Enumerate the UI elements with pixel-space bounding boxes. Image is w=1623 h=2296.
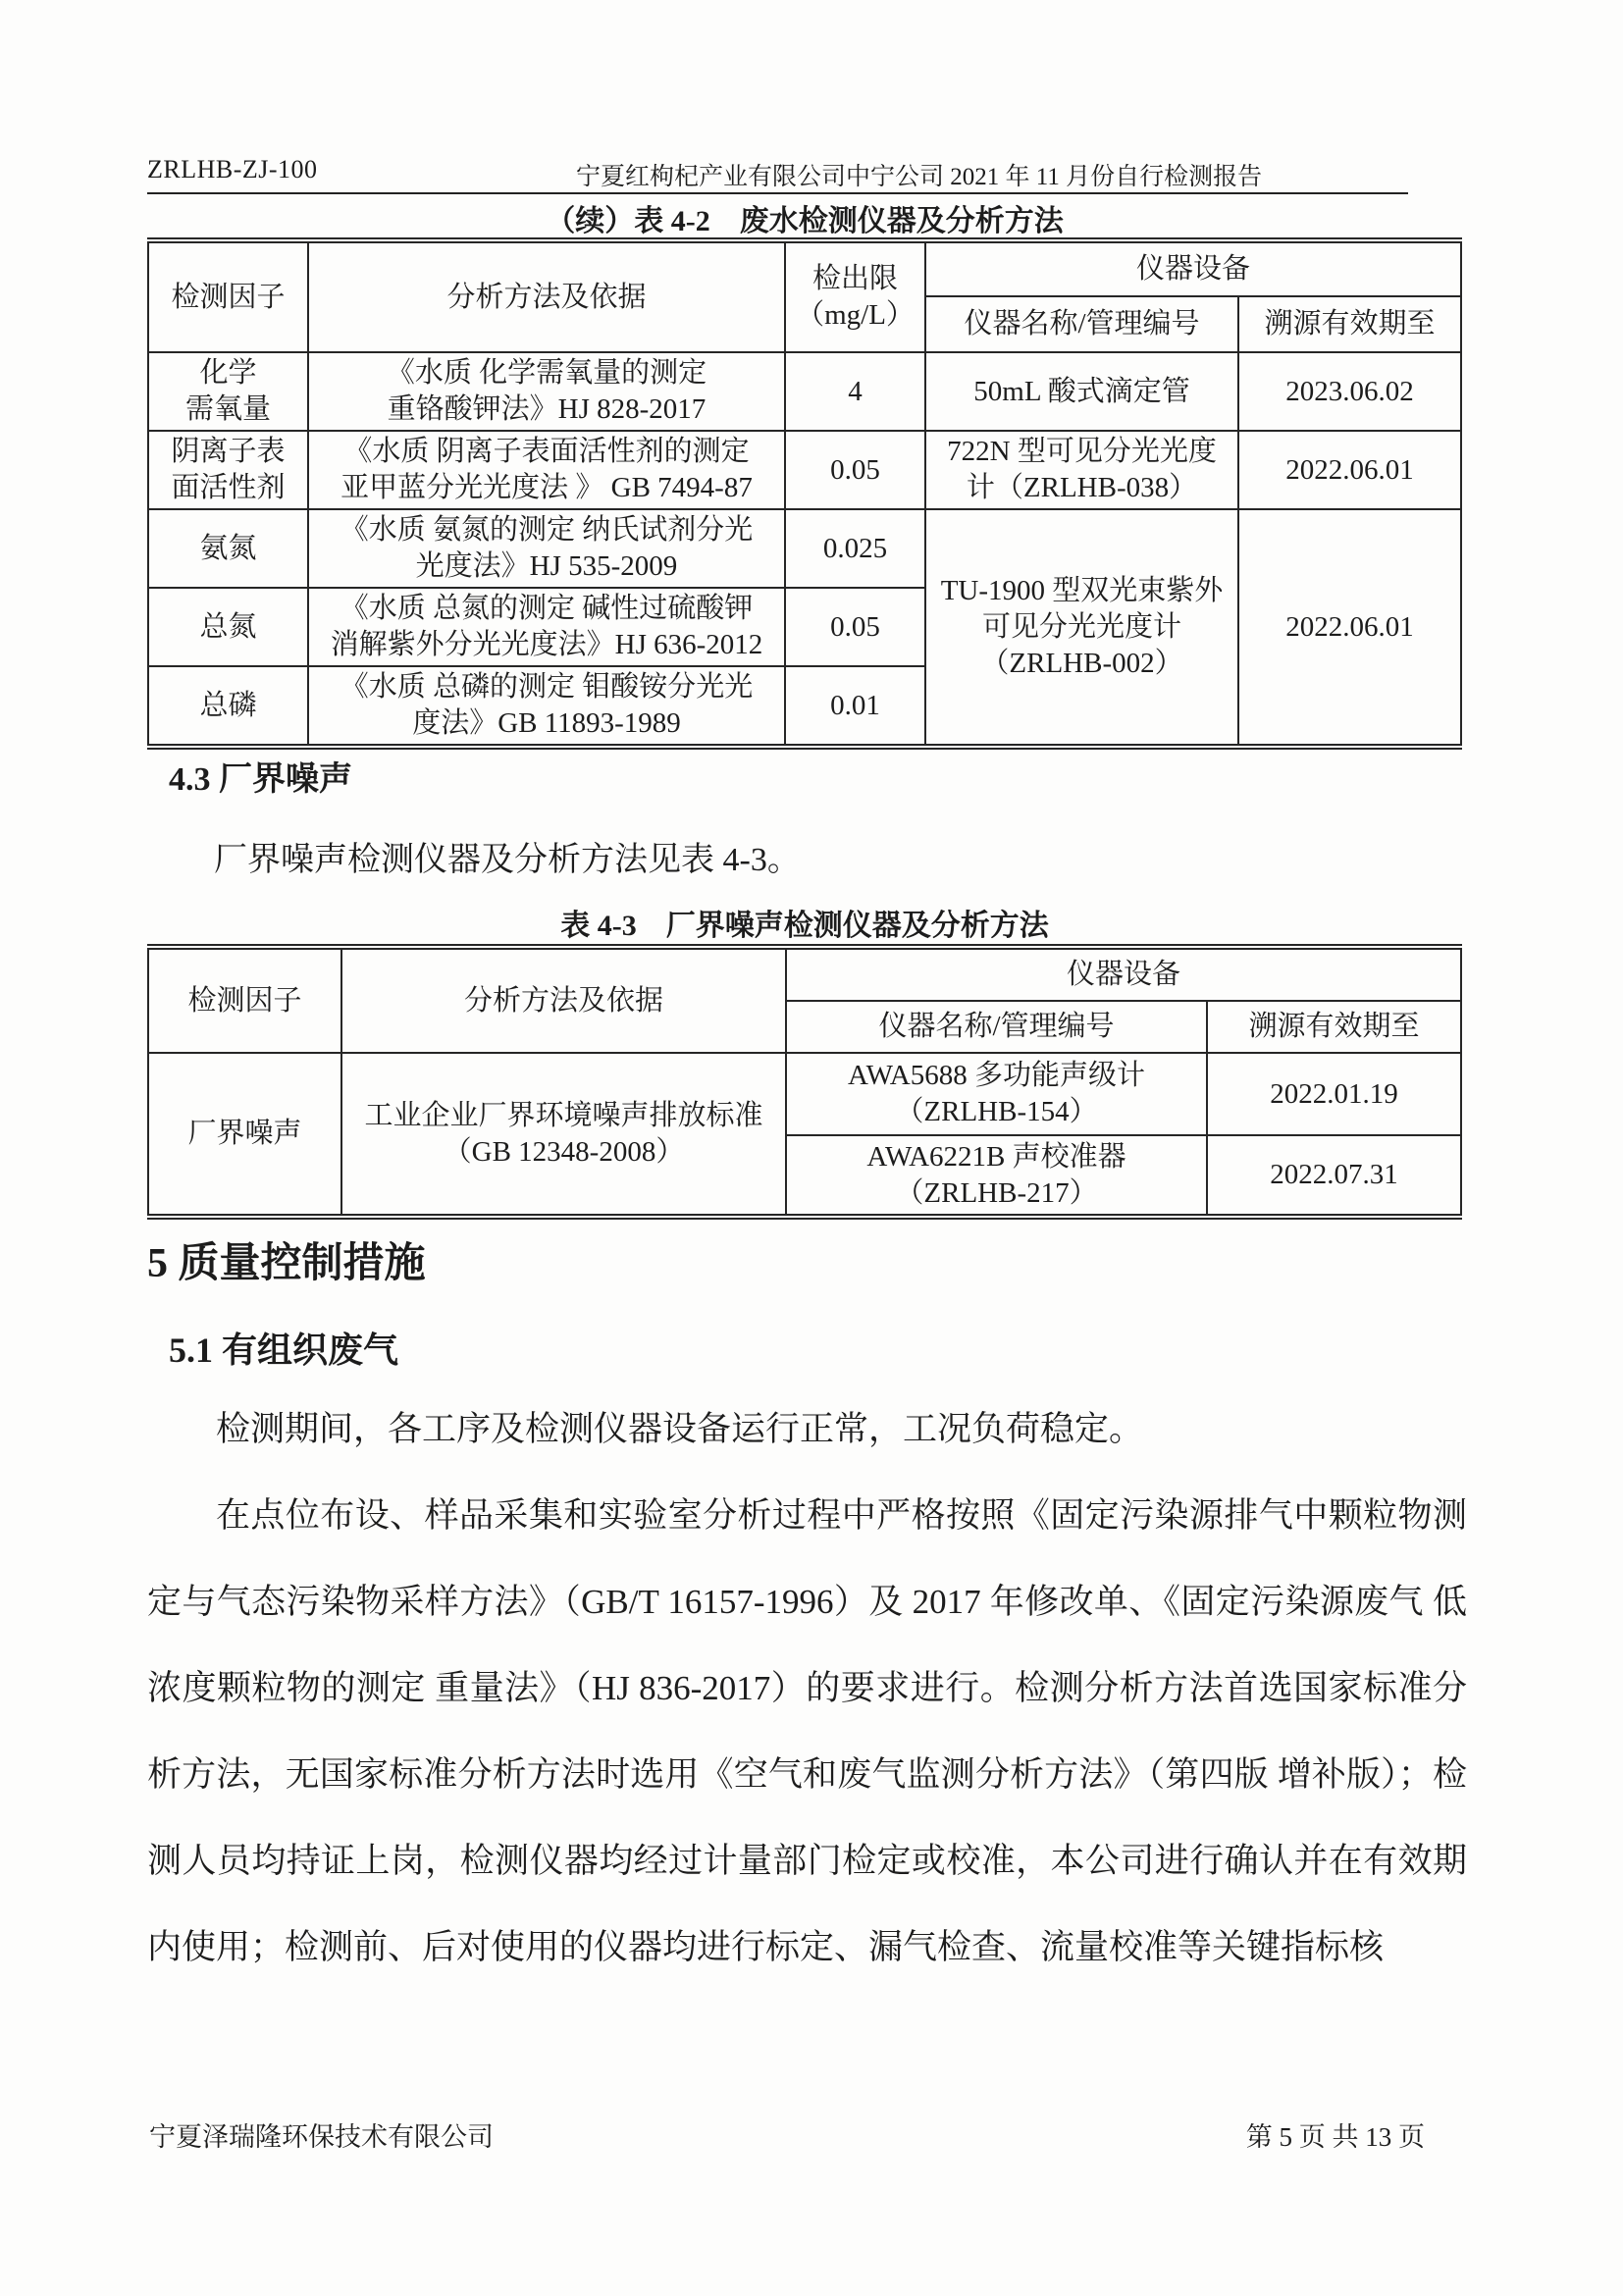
table43-header-equipment: 仪器设备 — [786, 947, 1461, 1001]
report-page: ZRLHB-ZJ-100 宁夏红枸杞产业有限公司中宁公司 2021 年 11 月… — [0, 0, 1623, 2296]
table42-header-limit: 检出限 （mg/L） — [785, 240, 925, 352]
section-4-3-heading: 4.3 厂界噪声 — [169, 752, 352, 800]
cell-factor: 阴离子表 面活性剂 — [148, 431, 308, 509]
table42-header-method: 分析方法及依据 — [308, 240, 785, 352]
table42-header-instrument: 仪器名称/管理编号 — [925, 296, 1238, 352]
paragraph: 检测期间，各工序及检测仪器设备运行正常，工况负荷稳定。 — [147, 1386, 1467, 1473]
header-title: 宁夏红枸杞产业有限公司中宁公司 2021 年 11 月份自行检测报告 — [576, 157, 1262, 192]
table42-caption: （续）表 4-2 废水检测仪器及分析方法 — [147, 196, 1462, 239]
section-5-1-heading: 5.1 有组织废气 — [169, 1323, 398, 1373]
cell-method: 《水质 总氮的测定 碱性过硫酸钾 消解紫外分光光度法》HJ 636-2012 — [308, 588, 785, 666]
cell-method: 《水质 总磷的测定 钼酸铵分光光 度法》GB 11893-1989 — [308, 666, 785, 747]
cell-instrument: AWA5688 多功能声级计 （ZRLHB-154） — [786, 1053, 1207, 1135]
table-4-2: 检测因子 分析方法及依据 检出限 （mg/L） 仪器设备 仪器名称/管理编号 溯… — [147, 237, 1462, 750]
section-4-3-paragraph: 厂界噪声检测仪器及分析方法见表 4-3。 — [214, 832, 801, 880]
cell-limit: 4 — [785, 352, 925, 431]
doc-code: ZRLHB-ZJ-100 — [147, 155, 318, 184]
cell-validity-merged: 2022.06.01 — [1238, 509, 1461, 747]
cell-instrument-merged: TU-1900 型双光束紫外 可见分光光度计 （ZRLHB-002） — [925, 509, 1238, 747]
cell-limit: 0.05 — [785, 431, 925, 509]
cell-factor: 总磷 — [148, 666, 308, 747]
table-row: 厂界噪声 工业企业厂界环境噪声排放标准 （GB 12348-2008） AWA5… — [148, 1053, 1461, 1135]
table42-header-equipment: 仪器设备 — [925, 240, 1461, 296]
cell-limit: 0.05 — [785, 588, 925, 666]
cell-instrument: 50mL 酸式滴定管 — [925, 352, 1238, 431]
table42-header-validity: 溯源有效期至 — [1238, 296, 1461, 352]
table42-header-factor: 检测因子 — [148, 240, 308, 352]
cell-validity: 2023.06.02 — [1238, 352, 1461, 431]
table43-header-instrument: 仪器名称/管理编号 — [786, 1001, 1207, 1053]
cell-method: 《水质 化学需氧量的测定 重铬酸钾法》HJ 828-2017 — [308, 352, 785, 431]
cell-limit: 0.025 — [785, 509, 925, 588]
section-5-heading: 5 质量控制措施 — [147, 1230, 426, 1289]
table-row: 化学 需氧量 《水质 化学需氧量的测定 重铬酸钾法》HJ 828-2017 4 … — [148, 352, 1461, 431]
cell-factor: 厂界噪声 — [148, 1053, 341, 1217]
section-5-body: 检测期间，各工序及检测仪器设备运行正常，工况负荷稳定。 在点位布设、样品采集和实… — [147, 1386, 1467, 1991]
table42-header-row-1: 检测因子 分析方法及依据 检出限 （mg/L） 仪器设备 — [148, 240, 1461, 296]
paragraph: 在点位布设、样品采集和实验室分析过程中严格按照《固定污染源排气中颗粒物测定与气态… — [147, 1473, 1467, 1991]
cell-instrument: AWA6221B 声校准器 （ZRLHB-217） — [786, 1135, 1207, 1217]
footer-company: 宁夏泽瑞隆环保技术有限公司 — [149, 2115, 494, 2154]
cell-method: 工业企业厂界环境噪声排放标准 （GB 12348-2008） — [341, 1053, 786, 1217]
cell-method: 《水质 阴离子表面活性剂的测定 亚甲蓝分光光度法 》 GB 7494-87 — [308, 431, 785, 509]
footer-page-number: 第 5 页 共 13 页 — [1246, 2115, 1425, 2154]
table43-header-method: 分析方法及依据 — [341, 947, 786, 1053]
table43-header-validity: 溯源有效期至 — [1207, 1001, 1461, 1053]
cell-validity: 2022.06.01 — [1238, 431, 1461, 509]
cell-method: 《水质 氨氮的测定 纳氏试剂分光 光度法》HJ 535-2009 — [308, 509, 785, 588]
cell-validity: 2022.07.31 — [1207, 1135, 1461, 1217]
cell-factor: 总氮 — [148, 588, 308, 666]
page-header: ZRLHB-ZJ-100 宁夏红枸杞产业有限公司中宁公司 2021 年 11 月… — [147, 149, 1408, 194]
table43-header-row-1: 检测因子 分析方法及依据 仪器设备 — [148, 947, 1461, 1001]
cell-validity: 2022.01.19 — [1207, 1053, 1461, 1135]
table43-caption: 表 4-3 厂界噪声检测仪器及分析方法 — [147, 901, 1462, 944]
table-row: 氨氮 《水质 氨氮的测定 纳氏试剂分光 光度法》HJ 535-2009 0.02… — [148, 509, 1461, 588]
cell-factor: 氨氮 — [148, 509, 308, 588]
cell-instrument: 722N 型可见分光光度 计（ZRLHB-038） — [925, 431, 1238, 509]
cell-limit: 0.01 — [785, 666, 925, 747]
table-4-3: 检测因子 分析方法及依据 仪器设备 仪器名称/管理编号 溯源有效期至 厂界噪声 … — [147, 944, 1462, 1220]
table-row: 阴离子表 面活性剂 《水质 阴离子表面活性剂的测定 亚甲蓝分光光度法 》 GB … — [148, 431, 1461, 509]
cell-factor: 化学 需氧量 — [148, 352, 308, 431]
table43-header-factor: 检测因子 — [148, 947, 341, 1053]
